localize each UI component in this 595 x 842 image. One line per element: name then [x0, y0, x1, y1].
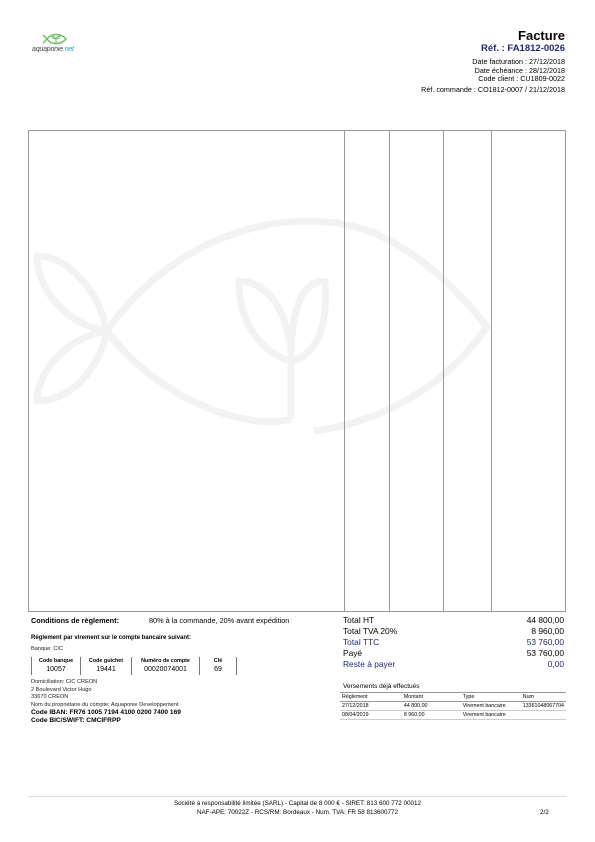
bank-details-table: Code banque 10057 Code guichet 19441 Num…	[31, 657, 237, 675]
fish-watermark-icon	[29, 131, 567, 613]
total-ttc-row: Total TTC53 760,00	[343, 637, 564, 648]
remaining-row: Reste à payer0,00	[343, 659, 564, 670]
bank-code-cell: Code banque 10057	[31, 657, 80, 675]
branch-code-value: 19441	[83, 665, 129, 674]
branch-code-cell: Code guichet 19441	[80, 657, 131, 675]
order-reference: Réf. commande : CO1812-0007 / 21/12/2018	[421, 86, 565, 95]
account-number-header: Numéro de compte	[134, 657, 197, 665]
invoice-reference: Réf. : FA1812-0026	[481, 43, 565, 54]
paid-row: Payé53 760,00	[343, 648, 564, 659]
conditions-value: 80% à la commande, 20% avant expédition	[149, 616, 289, 625]
rib-key-value: 69	[202, 665, 234, 674]
account-number-cell: Numéro de compte 00020074001	[131, 657, 199, 675]
remaining-label: Reste à payer	[343, 659, 395, 670]
payment-amount: 8 960,00	[402, 711, 461, 720]
bank-transfer-intro: Règlement par virement sur le compte ban…	[31, 635, 191, 641]
company-logo: aquaponie.net	[32, 28, 92, 56]
footer-legal-2: NAF-APE: 70022Z - RCS/RM: Bordeaux - Num…	[0, 809, 595, 816]
table-row: 08/04/2019 8 960,00 Virement bancaire	[340, 711, 566, 720]
paid-value: 53 760,00	[527, 648, 564, 659]
payments-table: Règlement Montant Type Num 27/12/2018 44…	[340, 692, 566, 720]
document-title: Facture	[518, 28, 565, 43]
totals-block: Total HT44 800,00 Total TVA 20%8 960,00 …	[343, 615, 564, 670]
payment-date: 08/04/2019	[340, 711, 402, 720]
payment-num	[521, 711, 566, 720]
total-ttc-value: 53 760,00	[527, 637, 564, 648]
bank-code-header: Code banque	[34, 657, 78, 665]
column-divider	[344, 131, 345, 611]
payments-col-type: Type	[461, 693, 521, 702]
fish-sprout-icon	[42, 32, 68, 46]
branch-code-header: Code guichet	[83, 657, 129, 665]
payments-col-settlement: Règlement	[340, 693, 402, 702]
footer-divider	[28, 796, 567, 797]
column-divider	[389, 131, 390, 611]
bank-domiciliation: Domiciliation: CIC CREON	[31, 679, 97, 685]
bank-name: Banque: CIC	[31, 646, 63, 652]
payment-amount: 44 800,00	[402, 702, 461, 711]
payment-type: Virement bancaire	[461, 711, 521, 720]
account-number-value: 00020074001	[134, 665, 197, 674]
account-owner: Nom du propriétaire du compte: Aquaponie…	[31, 702, 178, 708]
client-code: Code client : CU1809-0022	[478, 75, 565, 84]
bank-address-1: 2 Boulevard Victor Hugo	[31, 687, 92, 693]
bic-code: Code BIC/SWIFT: CMCIFRPP	[31, 717, 121, 724]
iban-code: Code IBAN: FR76 1005 7194 4100 0200 7400…	[31, 709, 181, 716]
total-tva-value: 8 960,00	[531, 626, 564, 637]
total-ttc-label: Total TTC	[343, 637, 379, 648]
rib-key-cell: Clé 69	[199, 657, 236, 675]
bank-address-2: 33670 CREON	[31, 694, 68, 700]
payments-col-num: Num	[521, 693, 566, 702]
total-tva-label: Total TVA 20%	[343, 626, 397, 637]
bank-code-value: 10057	[34, 665, 78, 674]
payments-header-row: Règlement Montant Type Num	[340, 693, 566, 702]
total-ht-value: 44 800,00	[527, 615, 564, 626]
table-end-border	[236, 657, 237, 675]
footer-legal-1: Société à responsabilité limitée (SARL) …	[0, 800, 595, 807]
conditions-label: Conditions de règlement:	[31, 616, 119, 625]
column-divider	[491, 131, 492, 611]
rib-key-header: Clé	[202, 657, 234, 665]
payment-date: 27/12/2018	[340, 702, 402, 711]
table-row: 27/12/2018 44 800,00 Virement bancaire 1…	[340, 702, 566, 711]
payment-conditions: Conditions de règlement:	[31, 616, 119, 625]
column-divider	[443, 131, 444, 611]
payments-col-amount: Montant	[402, 693, 461, 702]
paid-label: Payé	[343, 648, 362, 659]
logo-text: aquaponie.net	[32, 46, 74, 53]
total-ht-label: Total HT	[343, 615, 374, 626]
total-tva-row: Total TVA 20%8 960,00	[343, 626, 564, 637]
page-number: 2/2	[540, 809, 549, 816]
payment-type: Virement bancaire	[461, 702, 521, 711]
total-ht-row: Total HT44 800,00	[343, 615, 564, 626]
invoice-lines-table	[28, 130, 566, 612]
payment-num: 13361048067704	[521, 702, 566, 711]
payments-title: Versements déjà effectués	[343, 683, 419, 690]
remaining-value: 0,00	[548, 659, 564, 670]
